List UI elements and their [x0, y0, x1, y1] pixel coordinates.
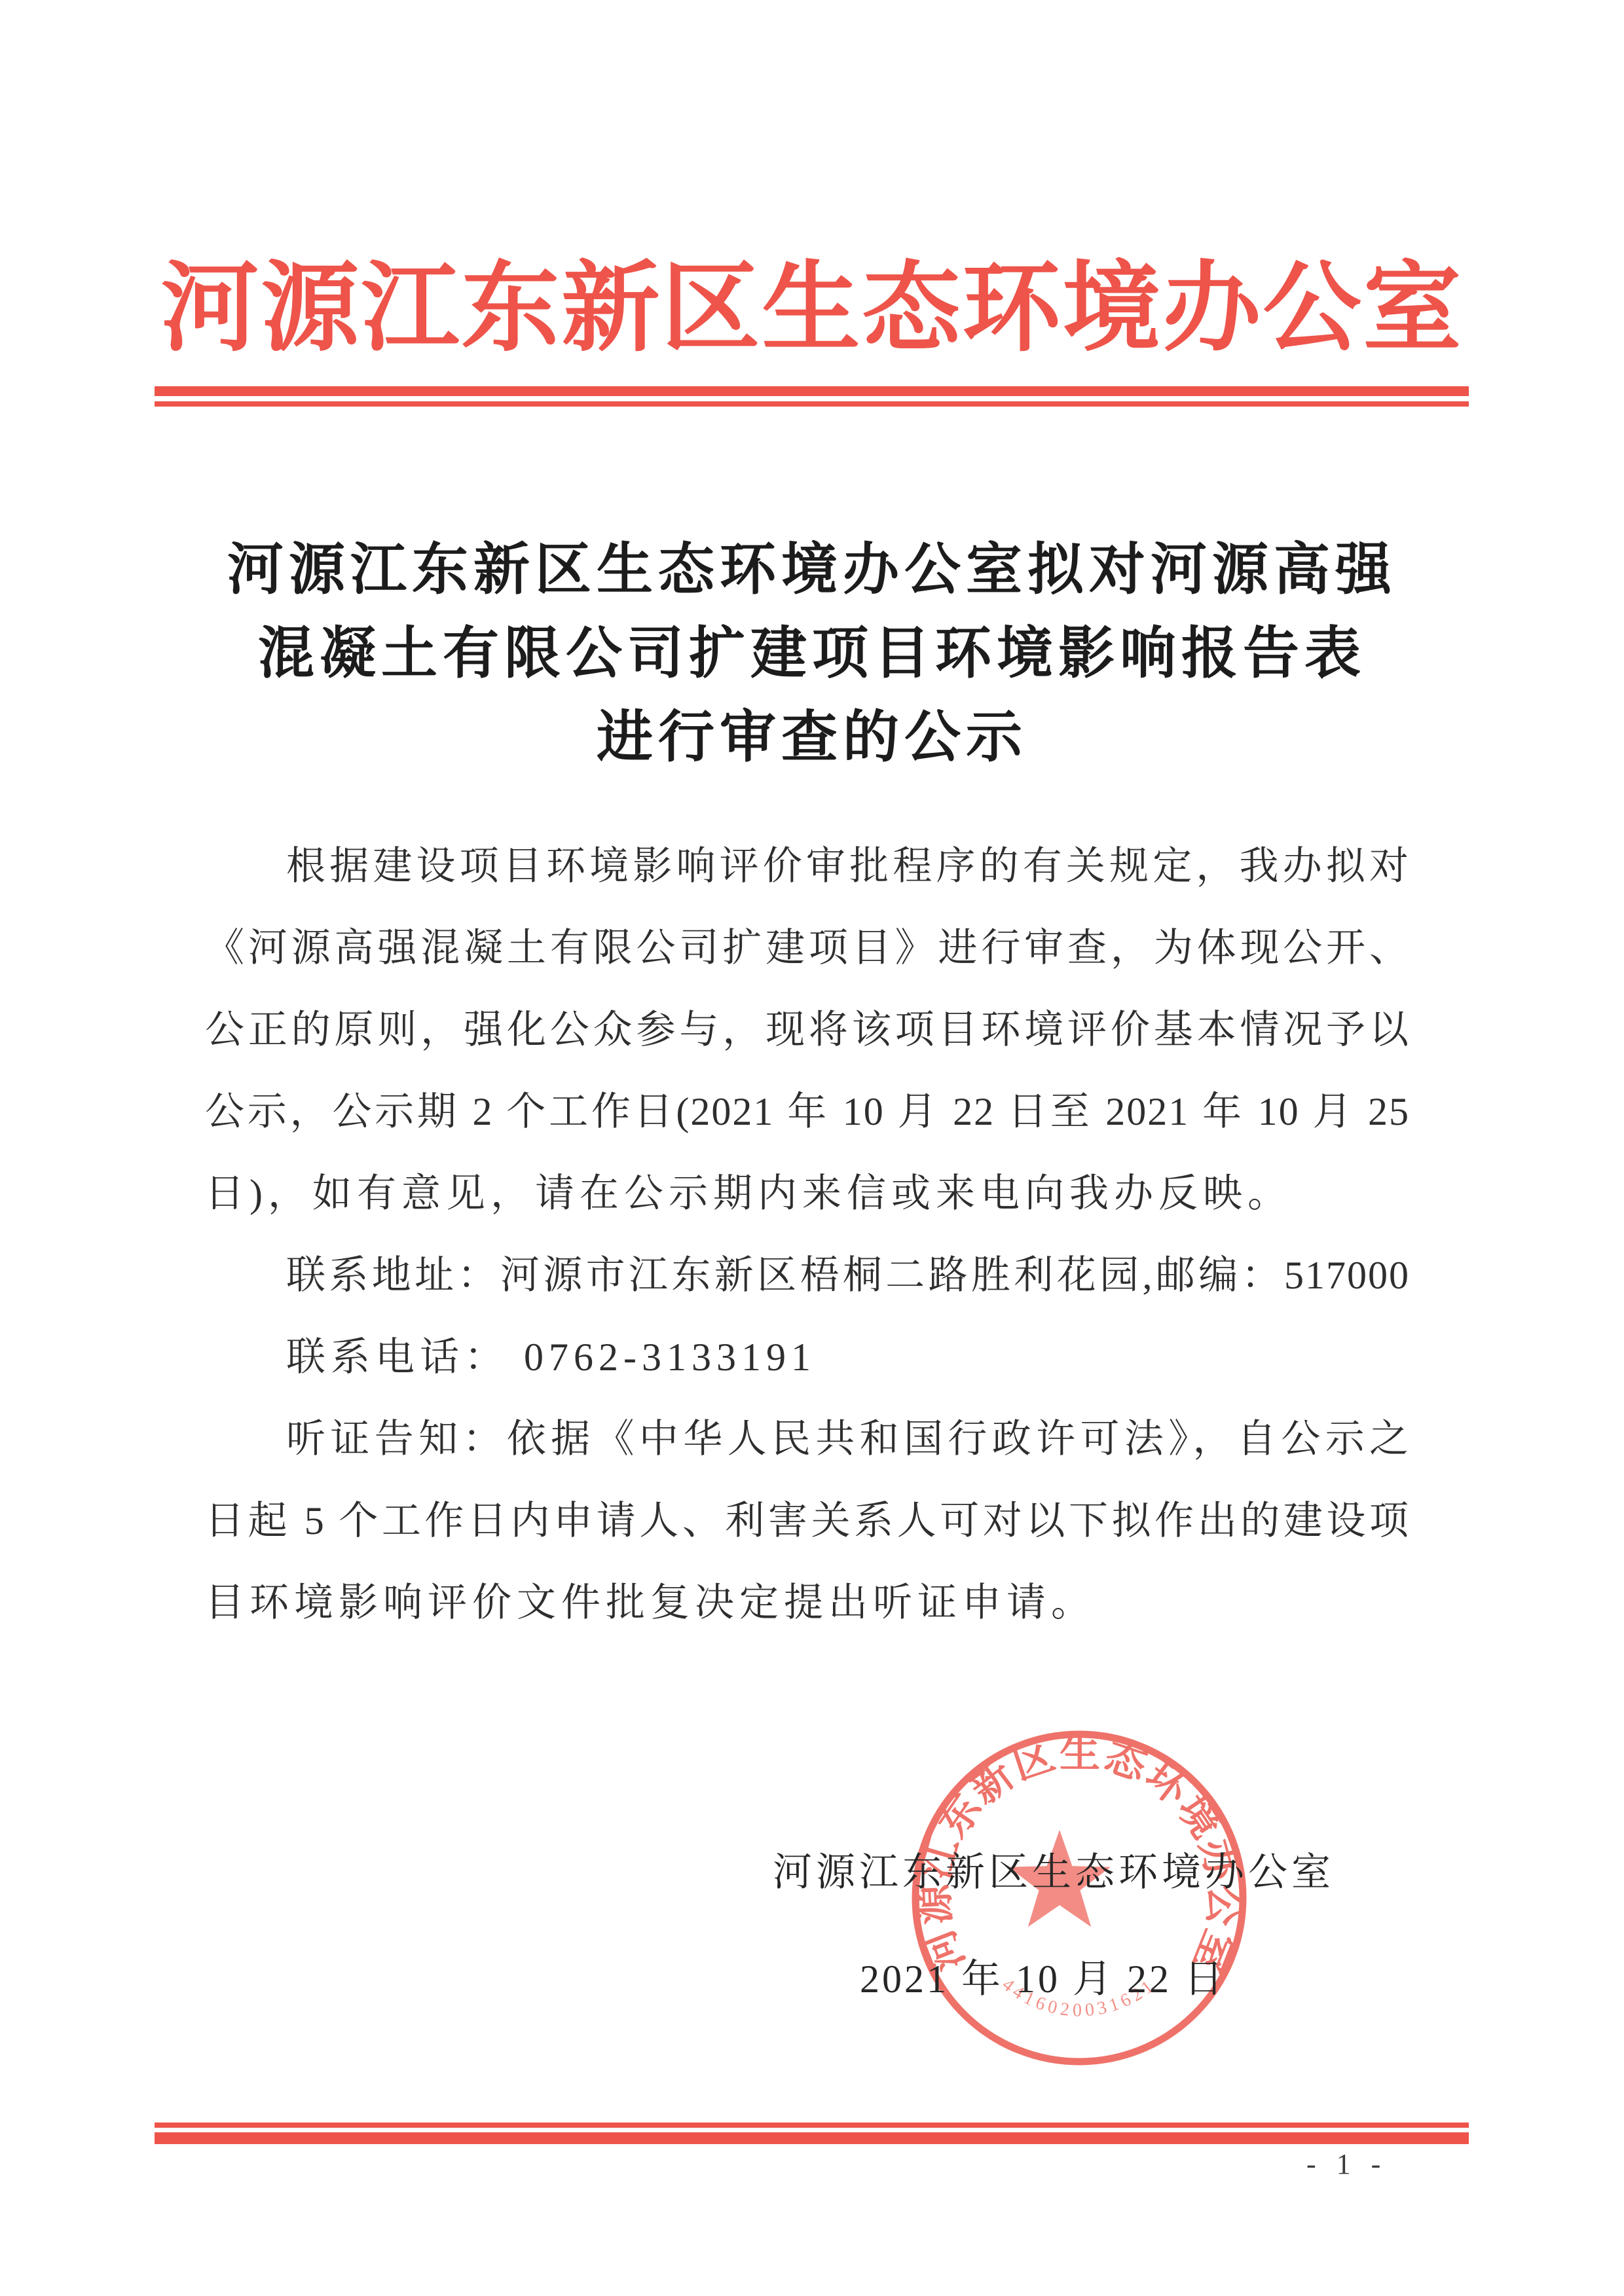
- body-line-6: 联系地址：河源市江东新区梧桐二路胜利花园,邮编：517000: [205, 1235, 1410, 1317]
- body-line-1: 根据建设项目环境影响评价审批程序的有关规定，我办拟对: [205, 826, 1410, 907]
- document-title-line-3: 进行审查的公示: [0, 695, 1624, 779]
- footer-rule-thin: [155, 2123, 1469, 2128]
- page-number: - 1 -: [1306, 2147, 1387, 2181]
- body-line-7: 联系电话： 0762-3133191: [205, 1317, 1410, 1398]
- notice-body: 根据建设项目环境影响评价审批程序的有关规定，我办拟对 《河源高强混凝土有限公司扩…: [205, 826, 1410, 1644]
- footer-rule-thick: [155, 2132, 1469, 2144]
- body-line-5: 日)，如有意见，请在公示期内来信或来电向我办反映。: [205, 1153, 1410, 1235]
- document-title: 河源江东新区生态环境办公室拟对河源高强 混凝土有限公司扩建项目环境影响报告表 进…: [0, 528, 1624, 779]
- body-line-2: 《河源高强混凝土有限公司扩建项目》进行审查，为体现公开、: [205, 907, 1410, 989]
- body-line-9: 日起 5 个工作日内申请人、利害关系人可对以下拟作出的建设项: [205, 1480, 1410, 1562]
- document-title-line-1: 河源江东新区生态环境办公室拟对河源高强: [0, 528, 1624, 611]
- body-line-4: 公示，公示期 2 个工作日(2021 年 10 月 22 日至 2021 年 1…: [205, 1071, 1410, 1153]
- letterhead-rule-thick: [155, 386, 1469, 396]
- signature-date: 2021 年 10 月 22 日: [860, 1948, 1226, 2004]
- document-title-line-2: 混凝土有限公司扩建项目环境影响报告表: [0, 611, 1624, 695]
- body-line-8: 听证告知：依据《中华人民共和国行政许可法》，自公示之: [205, 1398, 1410, 1480]
- scanned-notice-page: 河源江东新区生态环境办公室 河源江东新区生态环境办公室拟对河源高强 混凝土有限公…: [0, 0, 1624, 2296]
- official-seal: 河源江东新区生态环境办公室 4416020031621: [902, 1721, 1256, 2075]
- body-line-10: 目环境影响评价文件批复决定提出听证申请。: [205, 1562, 1410, 1644]
- body-line-3: 公正的原则，强化公众参与，现将该项目环境评价基本情况予以: [205, 989, 1410, 1071]
- letterhead-rule-thin: [155, 401, 1469, 407]
- signature-office: 河源江东新区生态环境办公室: [773, 1841, 1335, 1897]
- letterhead-title: 河源江东新区生态环境办公室: [0, 244, 1624, 374]
